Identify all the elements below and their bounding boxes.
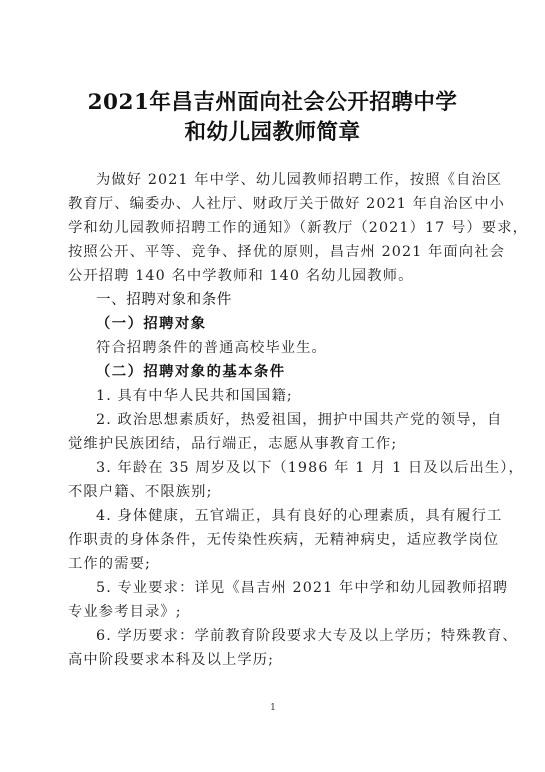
page-number: 1 <box>266 703 280 713</box>
condition-item: 3. 年龄在 35 周岁及以下（1986 年 1 月 1 日及以后出生）， 不限… <box>68 456 480 504</box>
subsection-text: 符合招聘条件的普通高校毕业生。 <box>68 336 480 360</box>
title-line-1: 2021年昌吉州面向社会公开招聘中学 <box>60 88 485 118</box>
section-heading: 一、招聘对象和条件 <box>68 288 480 312</box>
condition-item: 1. 具有中华人民共和国国籍; <box>68 384 480 408</box>
subsection-heading: （一）招聘对象 <box>68 312 480 336</box>
intro-line: 为做好 2021 年中学、幼儿园教师招聘工作，按照《自治区 <box>68 168 480 192</box>
document-page: 2021年昌吉州面向社会公开招聘中学 和幼儿园教师简章 为做好 2021 年中学… <box>0 0 545 772</box>
intro-line: 教育厅、编委办、人社厅、财政厅关于做好 2021 年自治区中小 <box>68 192 480 216</box>
document-body: 为做好 2021 年中学、幼儿园教师招聘工作，按照《自治区 教育厅、编委办、人社… <box>68 168 480 672</box>
intro-line: 学和幼儿园教师招聘工作的通知》（新教厅（2021）17 号）要求， <box>68 216 480 240</box>
intro-line: 公开招聘 140 名中学教师和 140 名幼儿园教师。 <box>68 264 480 288</box>
subsection-heading: （二）招聘对象的基本条件 <box>68 360 480 384</box>
condition-item: 6. 学历要求：学前教育阶段要求大专及以上学历；特殊教育、 高中阶段要求本科及以… <box>68 624 480 672</box>
title-line-2: 和幼儿园教师简章 <box>60 118 485 148</box>
condition-item: 2. 政治思想素质好，热爱祖国，拥护中国共产党的领导，自 觉维护民族团结，品行端… <box>68 408 480 456</box>
intro-paragraph: 为做好 2021 年中学、幼儿园教师招聘工作，按照《自治区 教育厅、编委办、人社… <box>68 168 480 288</box>
condition-item: 5. 专业要求：详见《昌吉州 2021 年中学和幼儿园教师招聘 专业参考目录》; <box>68 576 480 624</box>
condition-item: 4. 身体健康，五官端正，具有良好的心理素质，具有履行工 作职责的身体条件，无传… <box>68 504 480 576</box>
document-title: 2021年昌吉州面向社会公开招聘中学 和幼儿园教师简章 <box>60 88 485 148</box>
intro-line: 按照公开、平等、竞争、择优的原则，昌吉州 2021 年面向社会 <box>68 240 480 264</box>
